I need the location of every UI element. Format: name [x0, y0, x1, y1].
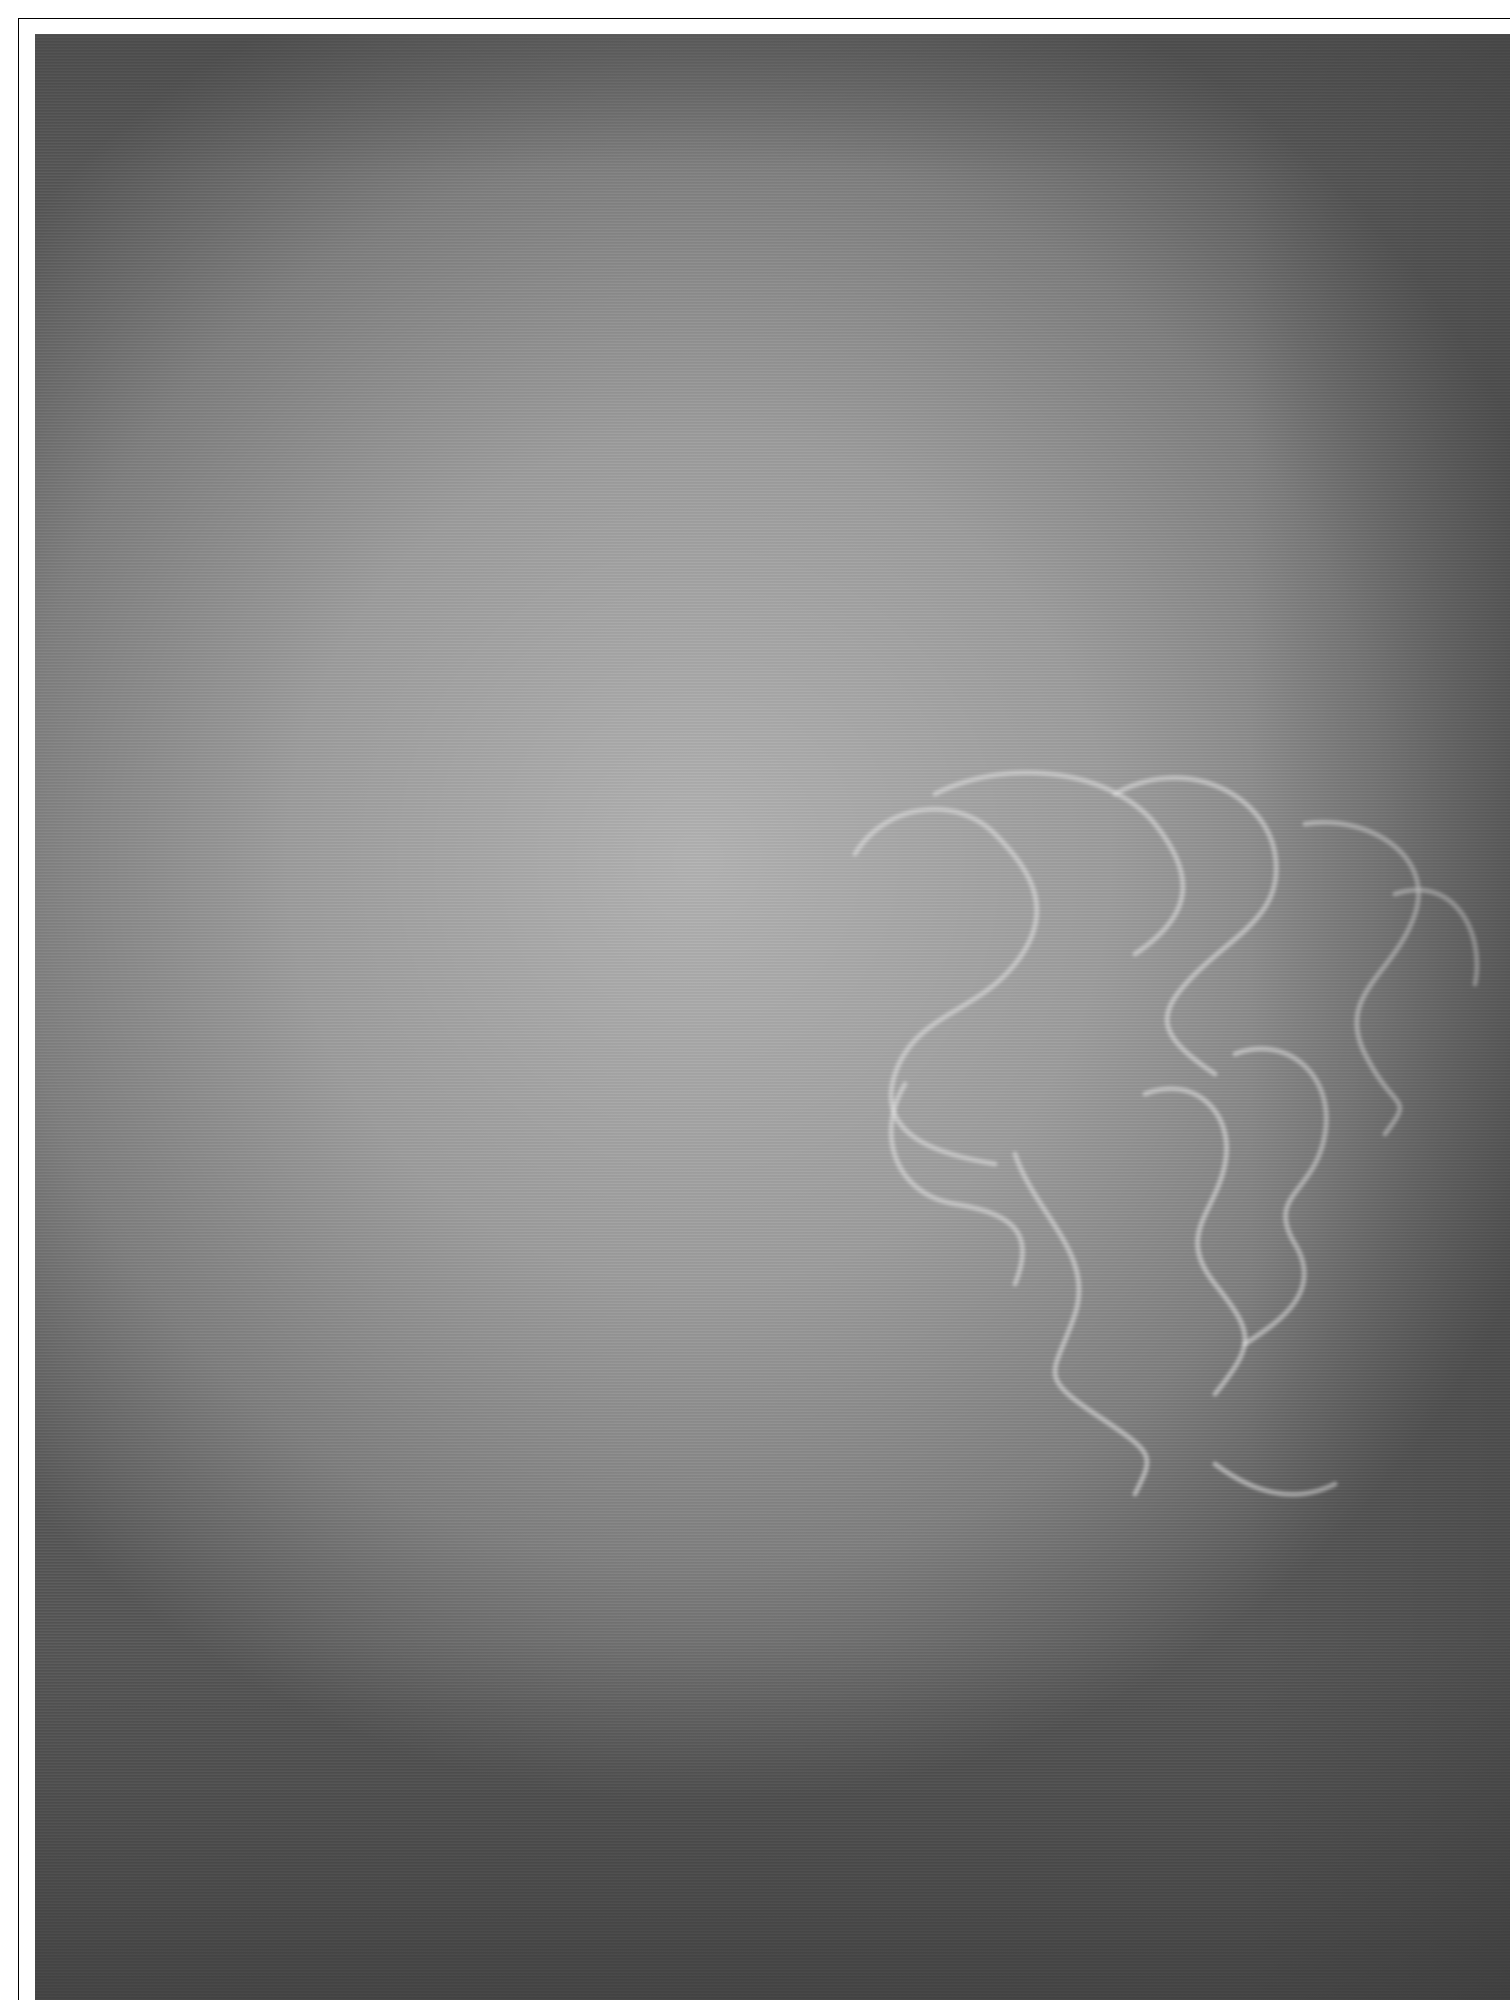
vignette — [35, 1640, 1510, 2000]
vertical-ruler — [18, 18, 34, 2000]
horizontal-ruler — [18, 18, 1510, 34]
manuscript-scan-image — [35, 34, 1510, 2000]
